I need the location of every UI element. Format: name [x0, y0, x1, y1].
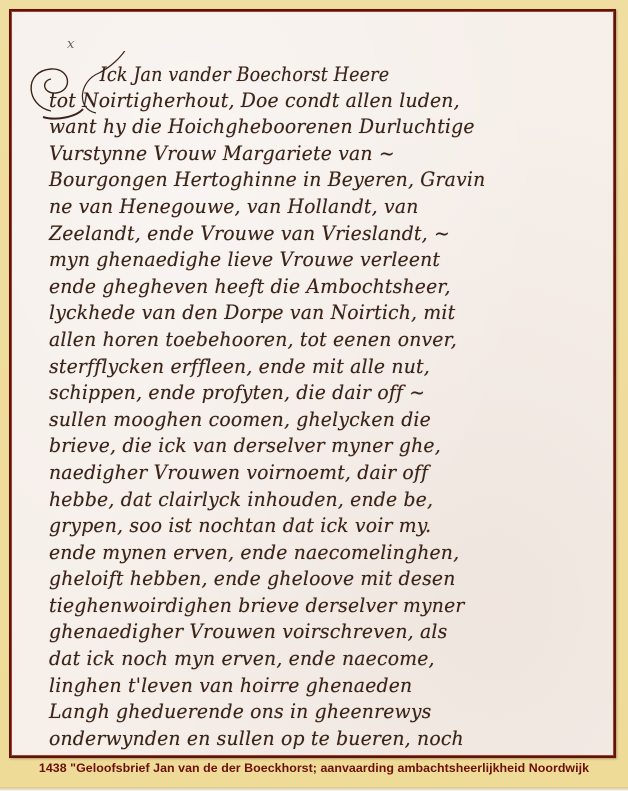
text-line: dat ick noch myn erven, ende naecome, — [49, 646, 597, 673]
text-line: tot Noirtigherhout, Doe condt allen lude… — [49, 88, 597, 115]
text-line: Zeelandt, ende Vrouwe van Vrieslandt, ~ — [49, 221, 597, 248]
image-caption: 1438 "Geloofsbrief Jan van de der Boeckh… — [0, 761, 628, 775]
text-line: ne van Henegouwe, van Hollandt, van — [49, 194, 597, 221]
text-line: grypen, soo ist nochtan dat ick voir my. — [49, 513, 597, 540]
text-line: ende ghegheven heeft die Ambochtsheer, — [49, 274, 597, 301]
text-line: linghen t'leven van hoirre ghenaeden — [49, 673, 597, 700]
text-line: tieghenwoirdighen brieve derselver myner — [49, 593, 597, 620]
text-line: Ick Jan vander Boechorst Heere — [49, 61, 539, 88]
text-line: schippen, ende profyten, die dair off ~ — [49, 380, 597, 407]
text-line: gheloift hebben, ende gheloove mit desen — [49, 566, 597, 593]
text-line: hebbe, dat clairlyck inhouden, ende be, — [49, 487, 597, 514]
text-line: brieve, die ick van derselver myner ghe, — [49, 433, 597, 460]
text-line: naedigher Vrouwen voirnoemt, dair off — [49, 460, 597, 487]
manuscript-text: Ick Jan vander Boechorst Heere tot Noirt… — [49, 61, 609, 752]
text-line: allen horen toebehooren, tot eenen onver… — [49, 327, 597, 354]
text-line: Vurstynne Vrouw Margariete van ~ — [49, 141, 597, 168]
page-frame: x Ick Jan vander Boechorst Heere tot Noi… — [0, 0, 628, 791]
text-line: sterfflycken erffleen, ende mit alle nut… — [49, 354, 597, 381]
text-line: onderwynden en sullen op te bueren, noch — [49, 726, 597, 753]
text-line: ghenaedigher Vrouwen voirschreven, als — [49, 619, 597, 646]
text-line: sullen mooghen coomen, ghelycken die — [49, 407, 597, 434]
text-line: Langh gheduerende ons in gheenrewys — [49, 699, 597, 726]
text-line: want hy die Hoichgheboorenen Durluchtige — [49, 114, 597, 141]
text-line: Bourgongen Hertoghinne in Beyeren, Gravi… — [49, 167, 597, 194]
text-line: lyckhede van den Dorpe van Noirtich, mit — [49, 300, 597, 327]
text-line: ende mynen erven, ende naecomelinghen, — [49, 540, 597, 567]
bottom-edge — [0, 787, 628, 791]
margin-mark: x — [67, 37, 74, 52]
text-line: myn ghenaedighe lieve Vrouwe verleent — [49, 247, 597, 274]
manuscript-image: x Ick Jan vander Boechorst Heere tot Noi… — [9, 9, 616, 758]
